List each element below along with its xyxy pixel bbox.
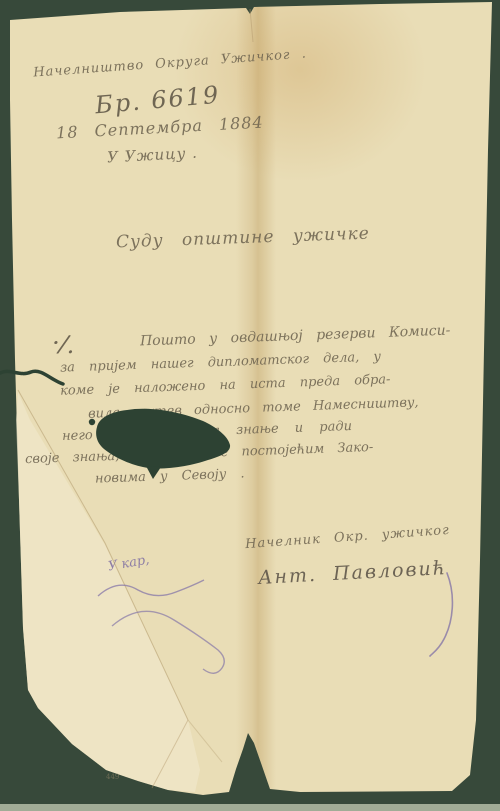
reference-mark: ·/. (50, 329, 77, 360)
scanned-document: Начелништво Округа Ужичког . Бр. 6619 18… (0, 0, 500, 811)
archive-stamp: 449 (106, 773, 119, 781)
scan-bottom-band (0, 804, 500, 811)
